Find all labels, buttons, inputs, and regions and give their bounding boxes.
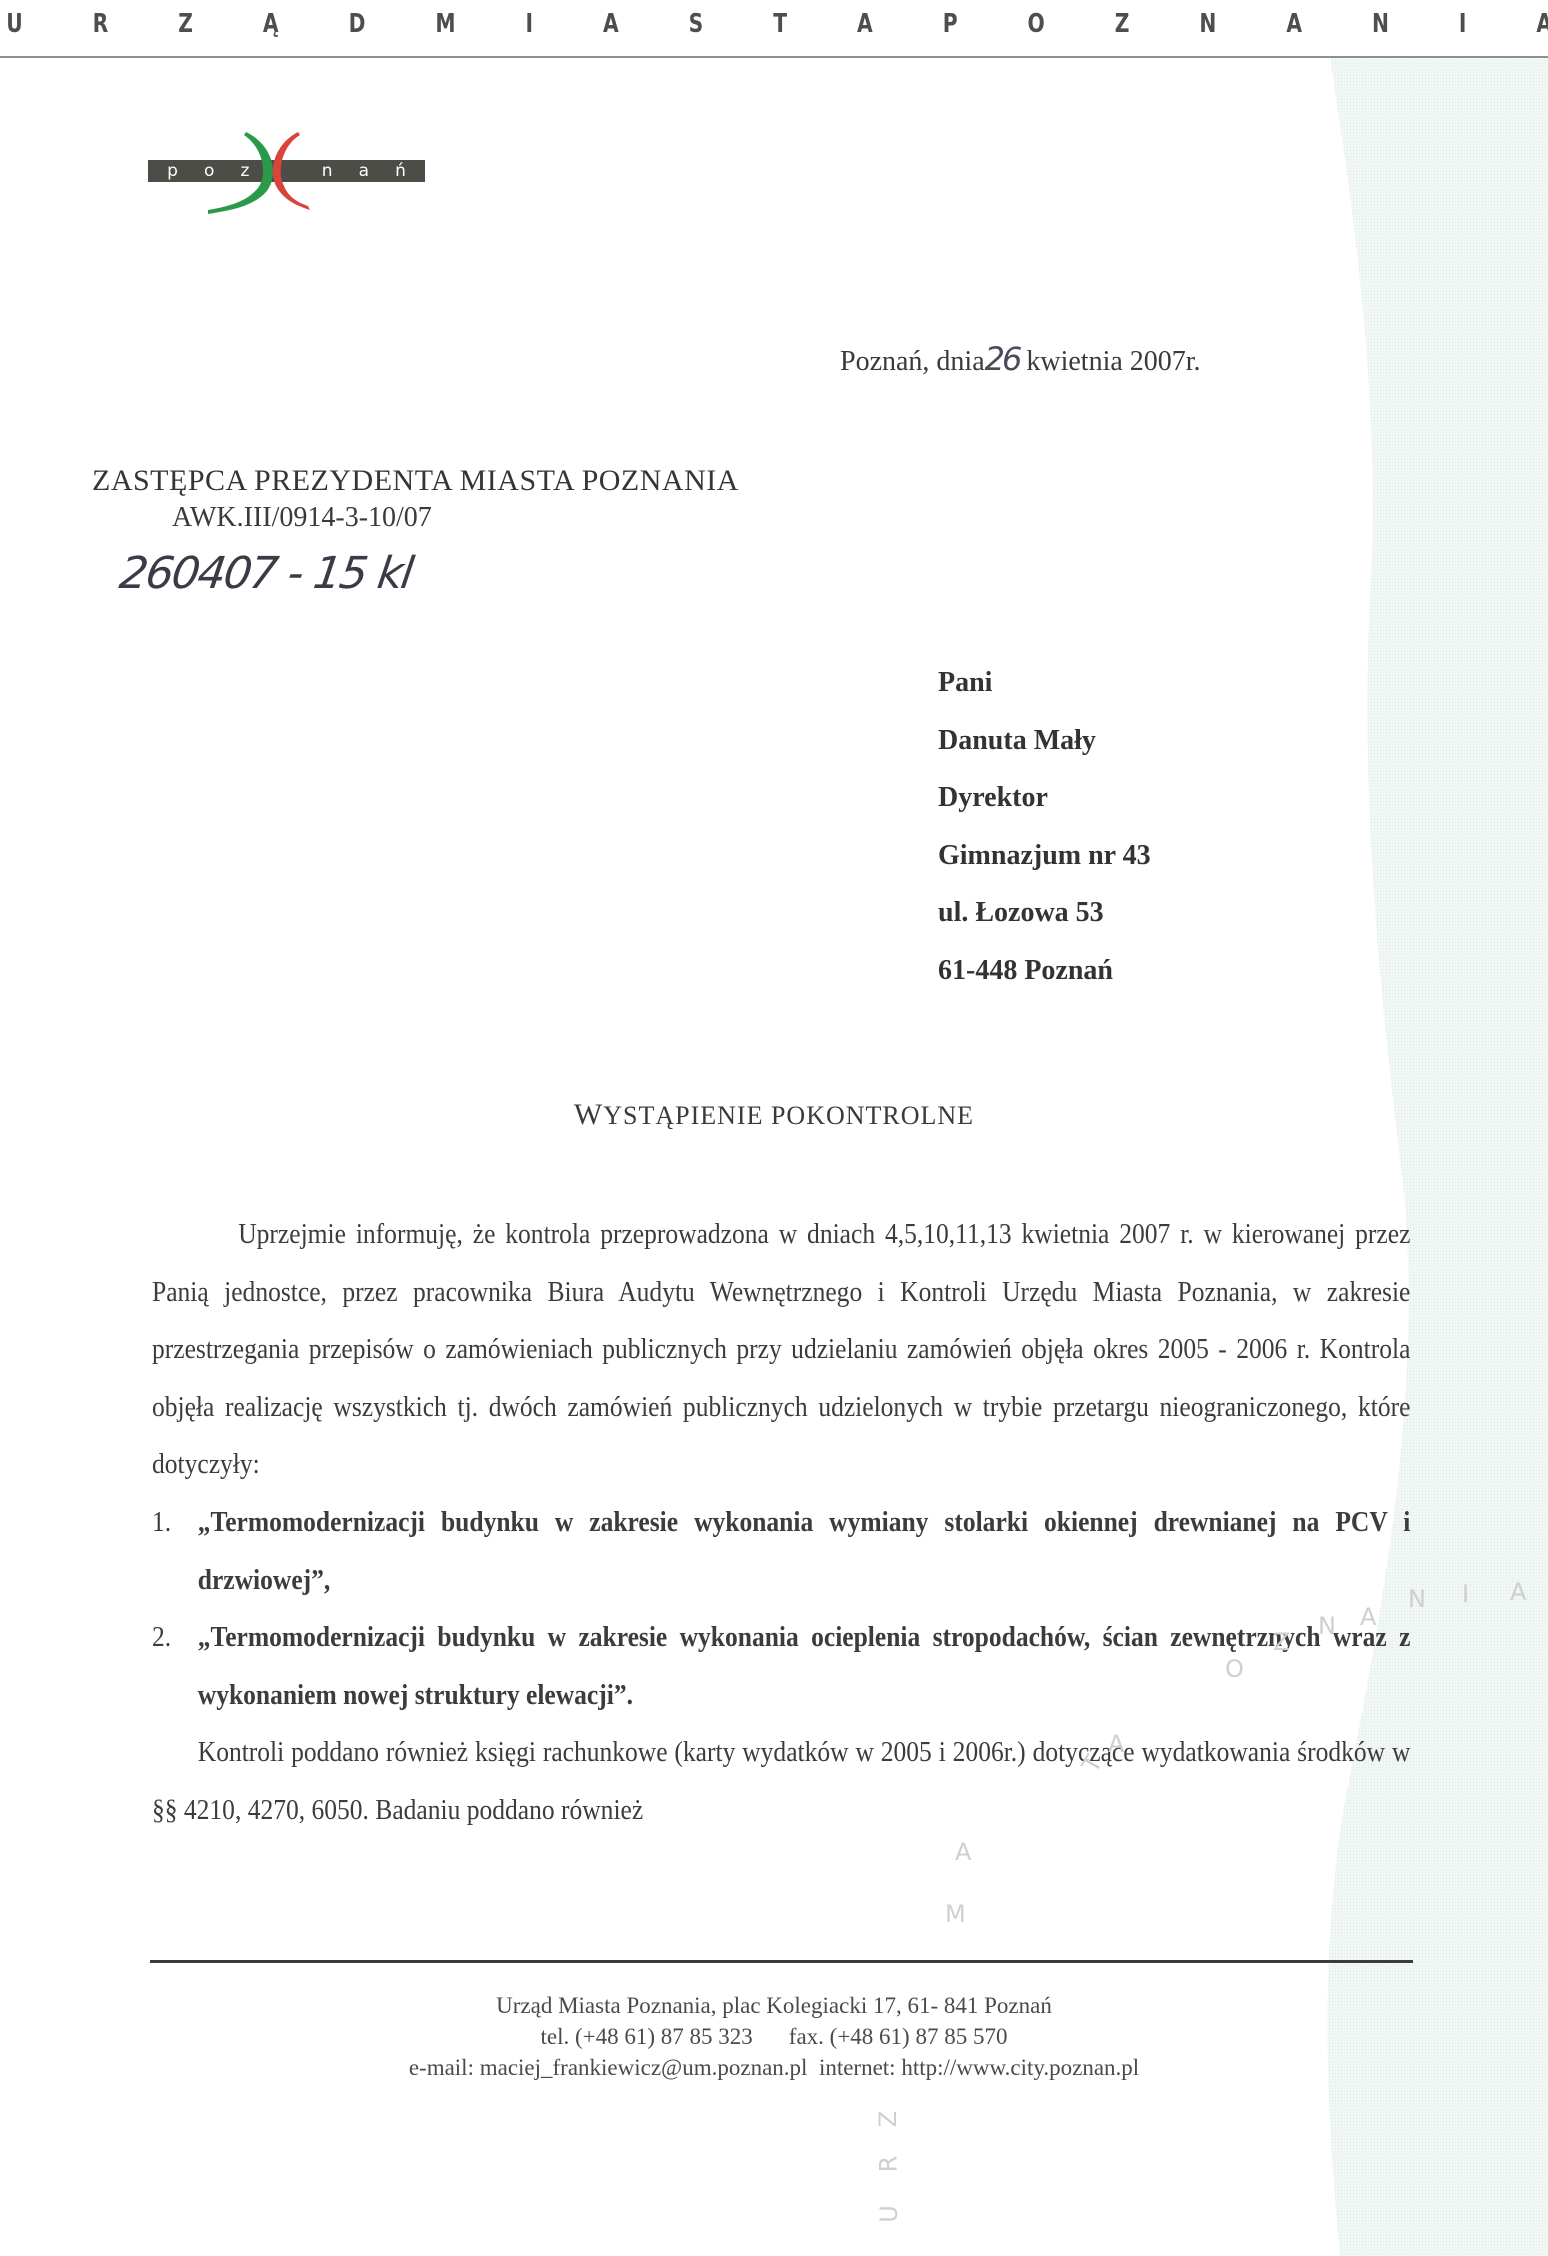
letter-date: Poznań, dnia26 kwietnia 2007r. [840,340,1201,378]
letterhead-letter: Ą [263,9,279,39]
letterhead-letter: I [1459,9,1467,39]
letterhead-letter: U [6,9,22,39]
list-number: 1. [152,1494,171,1552]
footer-email: e-mail: maciej_frankiewicz@um.poznan.pl [409,2055,808,2080]
letterhead-letter: N [1199,9,1216,39]
reference-number: AWK.III/0914-3-10/07 [172,502,432,534]
title-initial: W [574,1098,603,1131]
recipient-institution: Gimnazjum nr 43 [938,827,1151,885]
letterhead: URZĄDMIASTAPOZNANIA [0,0,1548,48]
footer-rule [150,1960,1413,1963]
handwritten-day: 26 [985,340,1020,378]
header-rule [0,56,1548,58]
recipient-address: Pani Danuta Mały Dyrektor Gimnazjum nr 4… [938,654,1151,999]
letterhead-letter: N [1372,9,1389,39]
footer-address: Urząd Miasta Poznania, plac Kolegiacki 1… [0,1990,1548,2021]
letterhead-letter: A [603,9,619,39]
letterhead-letter: Z [178,9,193,39]
handwritten-registration: 260407 - 15 kl [116,548,415,599]
list-text: „Termomodernizacji budynku w zakresie wy… [198,1621,1411,1711]
date-prefix: Poznań, dnia [840,346,985,377]
letterhead-letter: Z [1115,9,1130,39]
letterhead-letter: A [1536,9,1548,39]
footer-tel: tel. (+48 61) 87 85 323 [541,2024,753,2049]
letterhead-letter: A [857,9,873,39]
list-number: 2. [152,1609,171,1667]
document-title: WYSTĄPIENIE POKONTROLNE [0,1098,1548,1132]
date-suffix: kwietnia 2007r. [1019,346,1200,377]
recipient-city: 61-448 Poznań [938,942,1151,1000]
list-text: „Termomodernizacji budynku w zakresie wy… [198,1506,1411,1596]
contract-list: 1. „Termomodernizacji budynku w zakresie… [152,1494,1410,1724]
poznan-logo: p o z n a ń [148,130,438,210]
letterhead-letter: M [435,9,455,39]
list-item: 1. „Termomodernizacji budynku w zakresie… [152,1494,1410,1609]
letterhead-letter: D [349,9,366,39]
letterhead-letter: A [1286,9,1302,39]
letterhead-letter: O [1028,9,1045,39]
paragraph-intro: Uprzejmie informuję, że kontrola przepro… [152,1206,1410,1494]
footer-internet: internet: http://www.city.poznan.pl [819,2055,1139,2080]
letterhead-letter: P [943,9,958,39]
footer-contact: Urząd Miasta Poznania, plac Kolegiacki 1… [0,1990,1548,2083]
recipient-position: Dyrektor [938,769,1151,827]
paragraph-accounts: Kontroli poddano również księgi rachunko… [152,1724,1410,1839]
letterhead-letter: R [93,9,109,39]
letterhead-letter: T [773,9,787,39]
document-body: Uprzejmie informuję, że kontrola przepro… [152,1206,1410,1840]
recipient-salutation: Pani [938,654,1151,712]
title-rest: YSTĄPIENIE POKONTROLNE [603,1101,974,1130]
letterhead-letter: S [689,9,704,39]
footer-fax: fax. (+48 61) 87 85 570 [789,2024,1008,2049]
list-item: 2. „Termomodernizacji budynku w zakresie… [152,1609,1410,1724]
sender-title: ZASTĘPCA PREZYDENTA MIASTA POZNANIA [92,464,739,498]
logo-arcs-icon [148,130,438,220]
recipient-name: Danuta Mały [938,712,1151,770]
letterhead-letter: I [526,9,534,39]
recipient-street: ul. Łozowa 53 [938,884,1151,942]
